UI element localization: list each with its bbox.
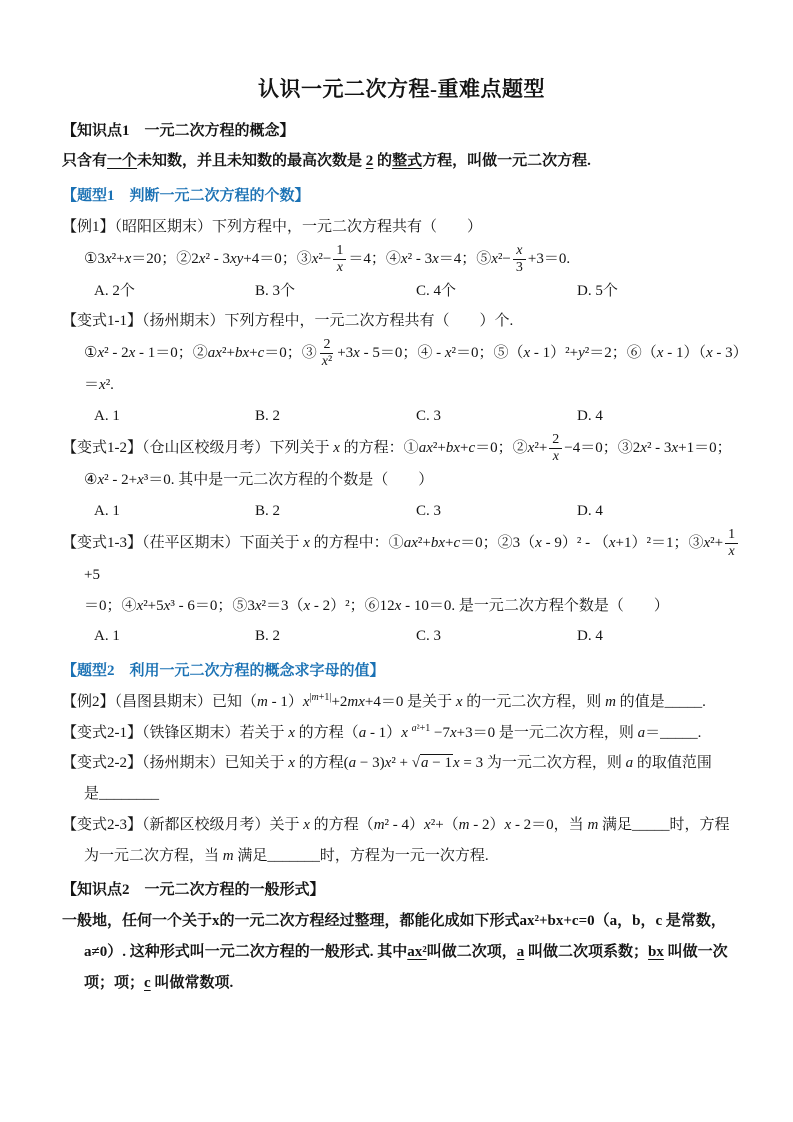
topic-1-header: 【题型1 判断一元二次方程的个数】 [62,181,741,212]
problem-example-1: 【例1】（昭阳区期末）下列方程中，一元二次方程共有（ ）①3x²+x＝20；②2… [62,212,741,276]
option-d: D. 4 [577,621,738,652]
options-variant-1-2: A. 1 B. 2 C. 3 D. 4 [62,496,741,527]
options-example-1: A. 2个 B. 3个 C. 4个 D. 5个 [62,276,741,307]
page-title: 认识一元二次方程-重难点题型 [62,74,741,106]
knowledge-point-1-body: 只含有一个未知数，并且未知数的最高次数是 2 的整式方程，叫做一元二次方程. [62,146,741,177]
option-d: D. 5个 [577,276,738,307]
worksheet-page: 认识一元二次方程-重难点题型 【知识点1 一元二次方程的概念】 只含有一个未知数… [0,0,793,1122]
topic-2-header: 【题型2 利用一元二次方程的概念求字母的值】 [62,656,741,687]
problem-variant-1-1: 【变式1-1】（扬州期末）下列方程中，一元二次方程共有（ ）个.①x² - 2x… [62,306,741,401]
problem-variant-2-3: 【变式2-3】（新都区校级月考）关于 x 的方程（m² - 4）x²+（m - … [62,810,741,872]
option-b: B. 2 [255,496,416,527]
option-c: C. 3 [416,496,577,527]
option-c: C. 4个 [416,276,577,307]
problem-variant-1-3: 【变式1-3】（茌平区期末）下面关于 x 的方程中：①ax²+bx+c＝0；②3… [62,527,741,622]
knowledge-point-2-body: 一般地，任何一个关于x的一元二次方程经过整理，都能化成如下形式ax²+bx+c=… [62,906,741,998]
knowledge-point-1-header: 【知识点1 一元二次方程的概念】 [62,116,741,147]
option-a: A. 1 [94,496,255,527]
option-d: D. 4 [577,496,738,527]
options-variant-1-3: A. 1 B. 2 C. 3 D. 4 [62,621,741,652]
option-c: C. 3 [416,401,577,432]
problem-variant-2-1: 【变式2-1】（铁锋区期末）若关于 x 的方程（a - 1）x a²+1 −7x… [62,718,741,749]
option-a: A. 2个 [94,276,255,307]
problem-example-2: 【例2】（昌图县期末）已知（m - 1）x|m+1|+2mx+4＝0 是关于 x… [62,687,741,718]
problem-variant-1-2: 【变式1-2】（仓山区校级月考）下列关于 x 的方程：①ax²+bx+c＝0；②… [62,432,741,496]
option-b: B. 3个 [255,276,416,307]
option-c: C. 3 [416,621,577,652]
option-b: B. 2 [255,401,416,432]
option-a: A. 1 [94,401,255,432]
option-b: B. 2 [255,621,416,652]
option-d: D. 4 [577,401,738,432]
problem-variant-2-2: 【变式2-2】（扬州期末）已知关于 x 的方程(a − 3)x² + √a − … [62,748,741,810]
options-variant-1-1: A. 1 B. 2 C. 3 D. 4 [62,401,741,432]
option-a: A. 1 [94,621,255,652]
knowledge-point-2-header: 【知识点2 一元二次方程的一般形式】 [62,875,741,906]
